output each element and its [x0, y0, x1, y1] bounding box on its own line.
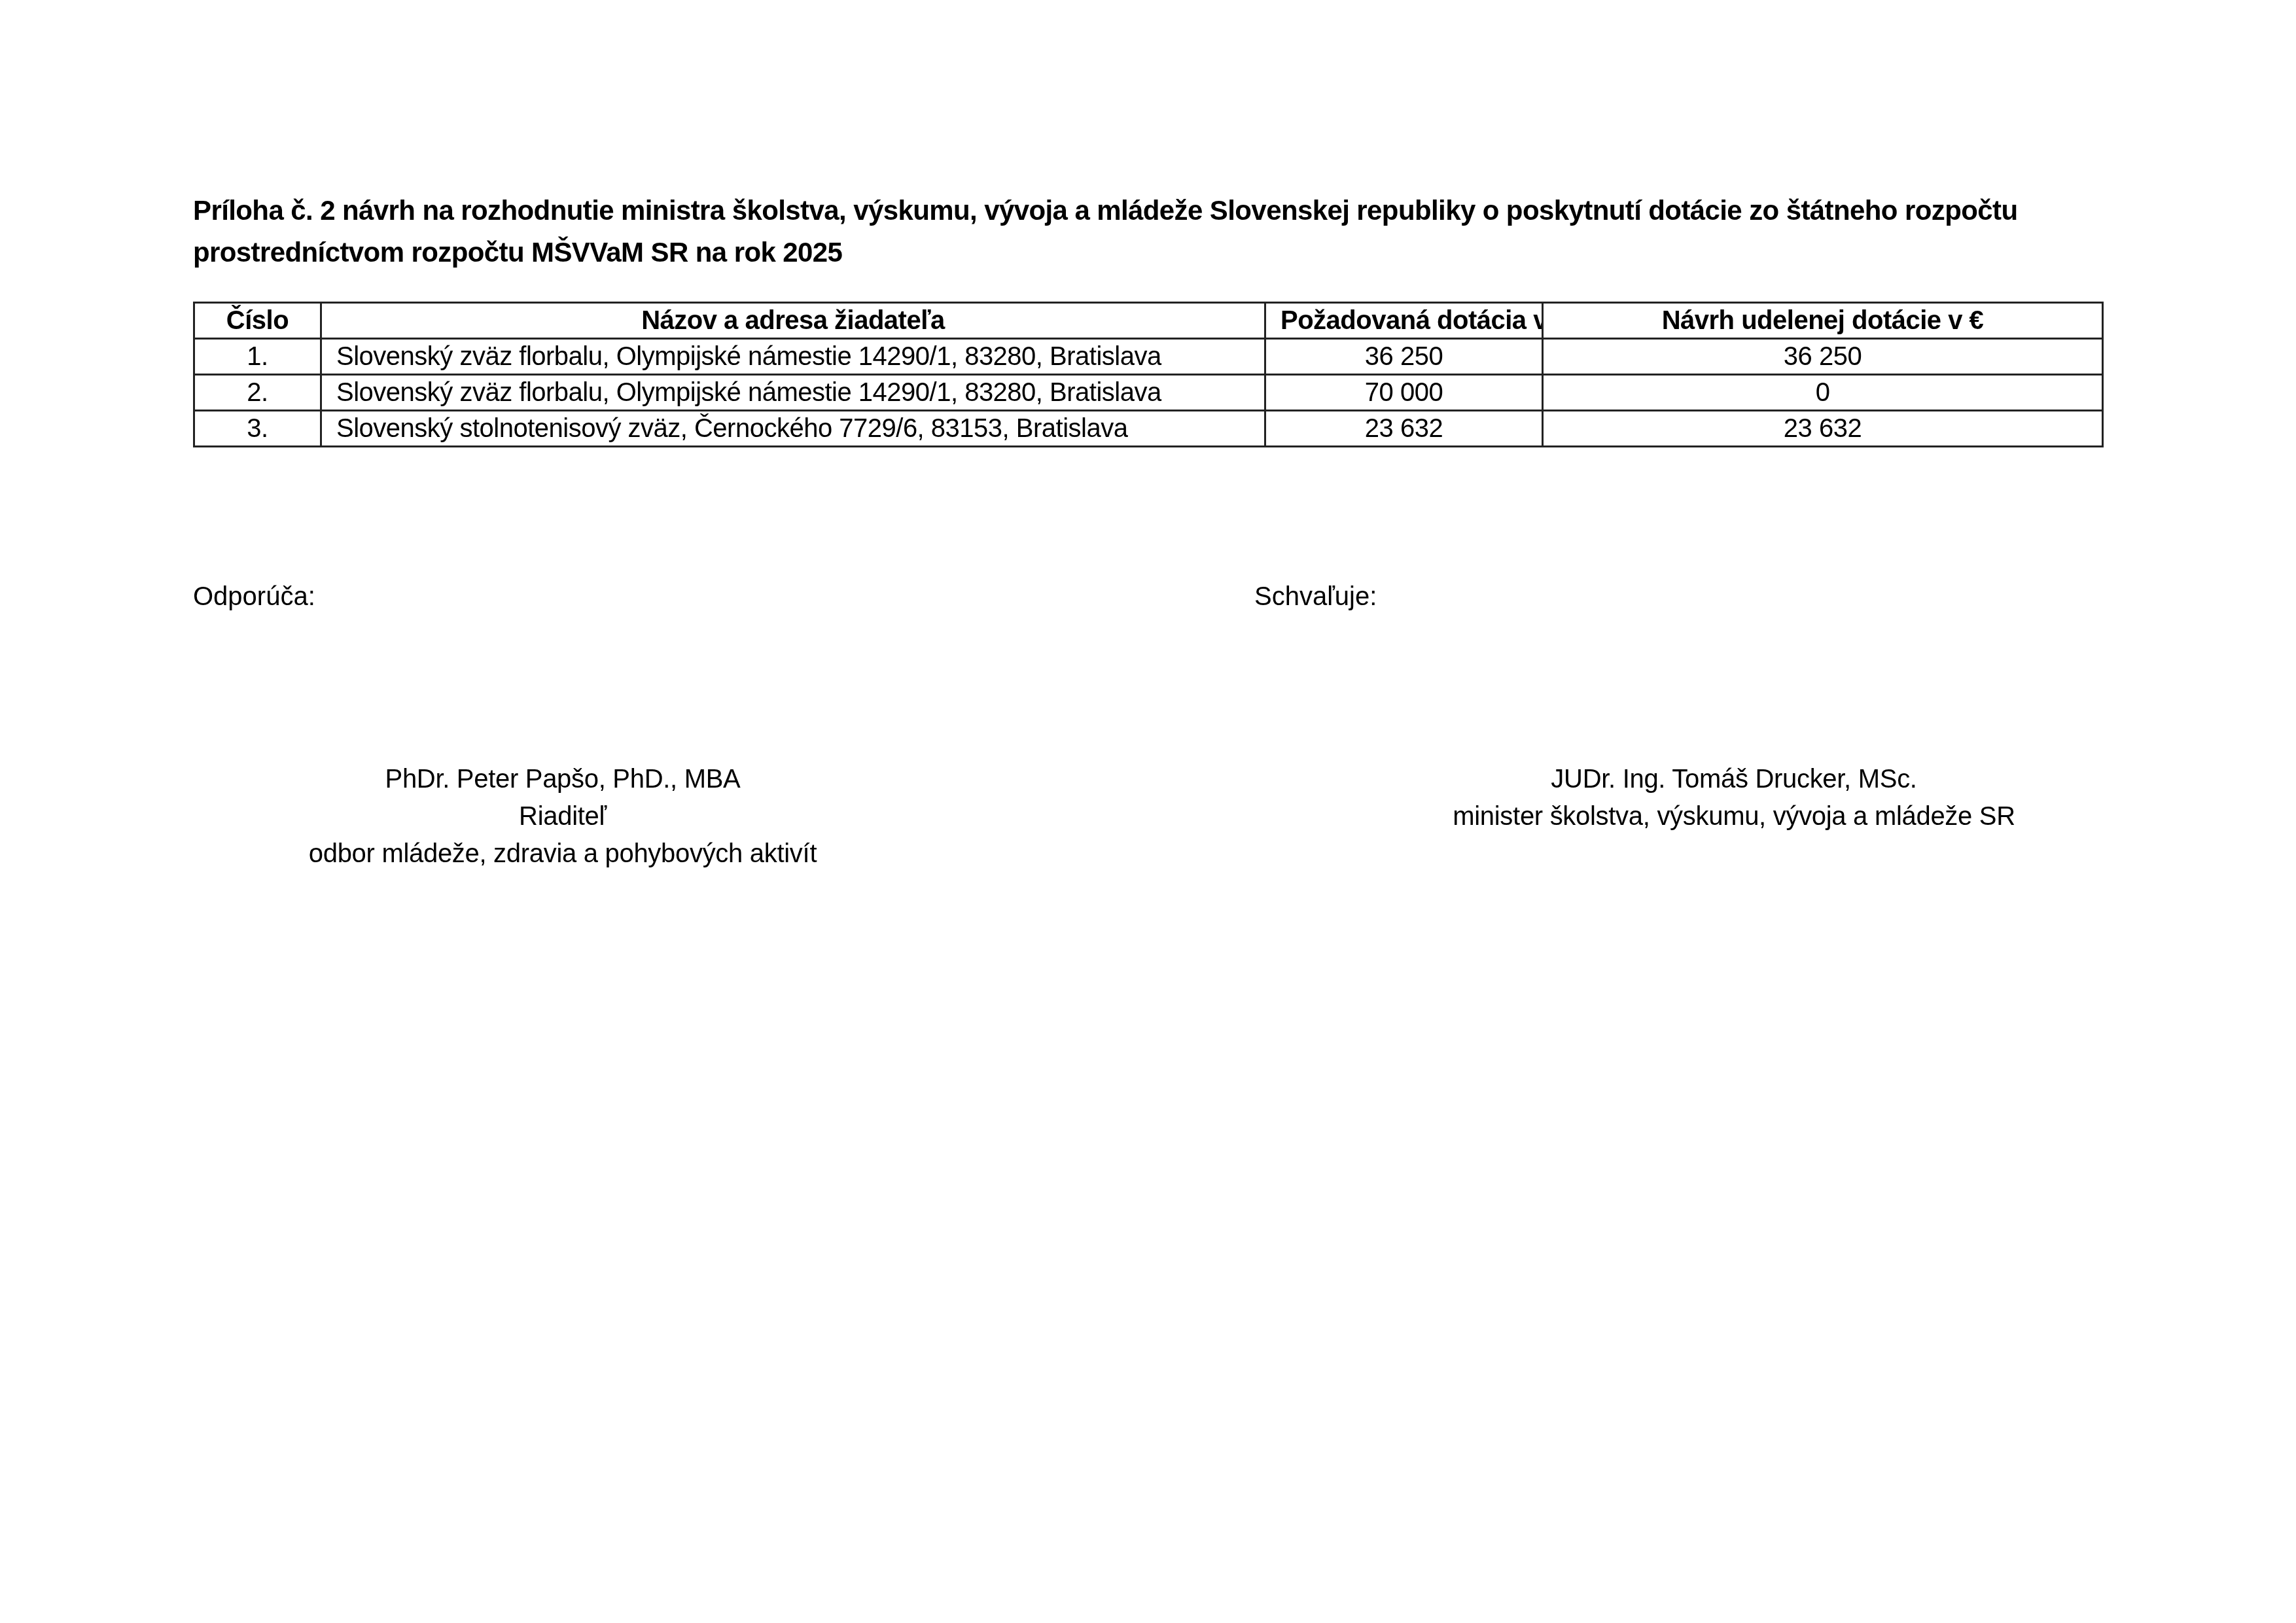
row-requested: 70 000 — [1265, 375, 1543, 411]
recommender-signature-block: PhDr. Peter Papšo, PhD., MBA Riaditeľ od… — [236, 761, 890, 873]
row-applicant: Slovenský zväz florbalu, Olympijské náme… — [321, 339, 1265, 375]
approves-label: Schvaľuje: — [1254, 577, 1377, 616]
title-line-2: prostredníctvom rozpočtu MŠVVaM SR na ro… — [193, 232, 2130, 273]
title-line-1: Príloha č. 2 návrh na rozhodnutie minist… — [193, 190, 2130, 232]
table-row: 2. Slovenský zväz florbalu, Olympijské n… — [194, 375, 2103, 411]
table-row: 1. Slovenský zväz florbalu, Olympijské n… — [194, 339, 2103, 375]
row-number: 2. — [194, 375, 321, 411]
header-applicant: Názov a adresa žiadateľa — [321, 303, 1265, 339]
row-proposed: 0 — [1543, 375, 2103, 411]
row-applicant: Slovenský zväz florbalu, Olympijské náme… — [321, 375, 1265, 411]
table-row: 3. Slovenský stolnotenisový zväz, Černoc… — [194, 411, 2103, 447]
recommender-department: odbor mládeže, zdravia a pohybových akti… — [236, 835, 890, 873]
header-requested: Požadovaná dotácia v € — [1265, 303, 1543, 339]
row-requested: 36 250 — [1265, 339, 1543, 375]
recommender-role: Riaditeľ — [236, 798, 890, 835]
grant-table: Číslo Názov a adresa žiadateľa Požadovan… — [193, 302, 2104, 447]
row-number: 3. — [194, 411, 321, 447]
table-header-row: Číslo Názov a adresa žiadateľa Požadovan… — [194, 303, 2103, 339]
row-proposed: 23 632 — [1543, 411, 2103, 447]
row-proposed: 36 250 — [1543, 339, 2103, 375]
row-applicant: Slovenský stolnotenisový zväz, Černockéh… — [321, 411, 1265, 447]
recommends-label: Odporúča: — [193, 577, 315, 616]
approver-signature-block: JUDr. Ing. Tomáš Drucker, MSc. minister … — [1407, 761, 2061, 835]
recommender-name: PhDr. Peter Papšo, PhD., MBA — [236, 761, 890, 798]
approver-role: minister školstva, výskumu, vývoja a mlá… — [1407, 798, 2061, 835]
approver-name: JUDr. Ing. Tomáš Drucker, MSc. — [1407, 761, 2061, 798]
header-number: Číslo — [194, 303, 321, 339]
row-requested: 23 632 — [1265, 411, 1543, 447]
header-proposed: Návrh udelenej dotácie v € — [1543, 303, 2103, 339]
document-title: Príloha č. 2 návrh na rozhodnutie minist… — [193, 190, 2130, 273]
row-number: 1. — [194, 339, 321, 375]
